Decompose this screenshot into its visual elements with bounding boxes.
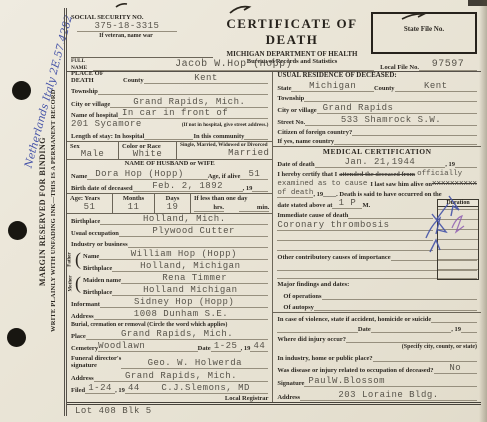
physician-address-row: Address 203 Loraine Bldg. — [273, 388, 481, 402]
related-value: No — [434, 364, 477, 374]
title-block: CERTIFICATE OF DEATH MICHIGAN DEPARTMENT… — [213, 8, 371, 58]
director-label-wrap: Funeral director's signature — [71, 355, 121, 369]
residence-township-row: Township — [273, 93, 481, 103]
certificate-form: SOCIAL SECURITY NO. 375-18-3315 If veter… — [64, 8, 481, 416]
full-name-row: FULL NAME Jacob W.Hop (Hopp) Local File … — [67, 58, 481, 72]
hospital-label: Name of hospital — [71, 112, 118, 119]
date-of-death-value: Jan. 21,1944 — [315, 158, 446, 168]
injury-place-row: In industry, home or public place? — [273, 352, 481, 363]
findings-label: Major findings and dates: — [277, 281, 349, 288]
certify-line-2: examined as to cause I last saw him aliv… — [273, 179, 481, 189]
scan-edge-shadow — [479, 0, 487, 422]
country-row: If yes, name country — [273, 137, 481, 147]
filed-yr-label: , 19 — [115, 387, 125, 394]
injury-label: Where did injury occur? — [277, 336, 346, 343]
stay-label: Length of stay: In hospital — [71, 133, 144, 140]
registrar-signature: C.J.Slemons, MD — [143, 384, 269, 394]
filed-row: Filed 1-24 , 19 44 C.J.Slemons, MD — [67, 383, 272, 395]
informant-value: Sidney Hop (Hopp) — [100, 298, 269, 308]
informant-row: Informant Sidney Hop (Hopp) — [67, 297, 272, 309]
father-name-row: Name William Hop (Hopp) — [81, 249, 272, 261]
filed-date: 1-24 — [85, 384, 115, 394]
certify-typed-3: xxxxxxxxxx — [432, 181, 477, 189]
mother-block: Mother ( Maiden name Rena Timmer Birthpl… — [67, 273, 272, 297]
less-day-label: If less than one day — [194, 195, 269, 202]
blank-line — [431, 322, 477, 323]
county-row: PLACE OF DEATH County Kent — [67, 72, 272, 85]
date-of-death-suffix: , 19 — [445, 161, 455, 168]
burial-place-value: Grand Rapids, Mich. — [86, 330, 269, 340]
hospital-value-1: In car in front of — [118, 109, 268, 119]
residence-street-value: 533 Shamrock S.W. — [305, 116, 477, 126]
certify-typed-2: examined as to cause — [277, 181, 367, 189]
occupation-label: Usual occupation — [71, 230, 119, 237]
cemetery-value: Woodlawn — [98, 342, 198, 352]
father-name-label: Name — [83, 253, 99, 260]
days-value: 19 — [158, 203, 187, 212]
father-name-value: William Hop (Hopp) — [99, 250, 268, 260]
industry-row: Industry or business — [67, 238, 272, 249]
township-row: Township — [67, 85, 272, 96]
signature-row: Signature PaulW.Blossom — [273, 375, 481, 388]
violence-row: In case of violence, state if accident, … — [273, 313, 481, 324]
certificate-title: CERTIFICATE OF DEATH — [213, 16, 371, 48]
spouse-heading-row: NAME OF HUSBAND or WIFE — [67, 160, 272, 168]
injury-row: Where did injury occur? — [273, 334, 481, 344]
blank-line — [322, 299, 478, 300]
funeral-address-label: Address — [71, 375, 94, 382]
informant-label: Informant — [71, 301, 100, 308]
cause-label: Immediate cause of death — [277, 212, 348, 219]
operations-row: Of operations — [273, 289, 481, 301]
right-column: USUAL RESIDENCE OF DECEASED: State Michi… — [272, 72, 481, 402]
age-days-cell: Days 19 — [155, 194, 191, 213]
blank-line — [128, 247, 269, 248]
death-certificate-scan: Netherlands Italy 2E.57.4282 MARGIN RESE… — [0, 0, 487, 422]
residence-state-label: State — [277, 85, 291, 92]
certify-text-4: date stated above at — [277, 202, 332, 209]
father-side-label: Father — [68, 252, 73, 266]
months-value: 11 — [116, 203, 151, 212]
injury-note: (Specify city, county, or state) — [402, 344, 477, 351]
residence-state-value: Michigan — [291, 82, 373, 92]
county-label: County — [123, 77, 144, 84]
less-day-cell: If less than one day hrs. min. — [191, 194, 272, 213]
blank-line — [352, 135, 477, 136]
blank-line — [334, 144, 477, 145]
informant-address-label: Address — [71, 313, 94, 320]
physician-address-value: 203 Loraine Bldg. — [300, 391, 477, 401]
mother-name-value: Rena Timmer — [121, 274, 268, 284]
local-file-value: 97597 — [419, 60, 477, 71]
spouse-row: Name Dora Hop (Hopp) Age, if alive 51 — [67, 168, 272, 181]
director-label-1: Funeral director's — [71, 355, 121, 362]
violence-date-label: Date — [358, 326, 371, 333]
mother-birthplace-row: Birthplace Holland Michigan — [81, 285, 272, 297]
residence-township-label: Township — [277, 95, 304, 102]
father-block: Father ( Name William Hop (Hopp) Birthpl… — [67, 249, 272, 273]
father-birthplace-label: Birthplace — [83, 265, 112, 272]
birthdate-suffix: , 19 — [243, 185, 253, 192]
injury-place-label: In industry, home or public place? — [277, 355, 372, 362]
registrar-label: Local Registrar — [225, 395, 269, 402]
county-value: Kent — [144, 74, 269, 84]
margin-ink-text: WRITE PLAINLY WITH UNFADING INK—THIS IS … — [50, 0, 57, 422]
other-causes-label: Other contributory causes of importance — [277, 254, 390, 261]
residence-heading-row: USUAL RESIDENCE OF DECEASED: — [273, 72, 481, 81]
time-of-death-value: 1 P — [332, 199, 362, 209]
age-years-value: 51 — [70, 203, 109, 212]
birthplace-row: Birthplace Holland, Mich. — [67, 214, 272, 226]
race-cell: Color or Race White — [119, 142, 177, 159]
burial-place-row: Place Grand Rapids, Mich. — [67, 330, 272, 341]
violence-label: In case of violence, state if accident, … — [277, 316, 431, 323]
occupation-row: Usual occupation Plywood Cutter — [67, 226, 272, 238]
punch-hole-icon — [7, 328, 26, 347]
residence-county-label: County — [374, 85, 395, 92]
operations-label: Of operations — [283, 293, 321, 300]
director-label-2: signature — [71, 362, 121, 369]
residence-city-row: City or village Grand Rapids — [273, 103, 481, 115]
country-label: If yes, name country — [277, 138, 334, 145]
blank-line — [461, 332, 477, 333]
residence-street-label: Street No. — [277, 119, 305, 126]
township-label: Township — [71, 88, 98, 95]
father-birthplace-row: Birthplace Holland, Michigan — [81, 261, 272, 273]
age-alive-value: 51 — [240, 170, 268, 180]
medical-heading: MEDICAL CERTIFICATION — [323, 148, 432, 156]
occupation-value: Plywood Cutter — [119, 227, 269, 237]
birthdate-label: Birth date of deceased — [71, 185, 133, 192]
residence-city-value: Grand Rapids — [317, 104, 477, 114]
city-value: Grand Rapids, Mich. — [110, 98, 268, 108]
violence-date-row: Date , 19 — [273, 324, 481, 334]
signature-value: PaulW.Blossom — [304, 377, 477, 387]
blank-line — [252, 191, 268, 192]
marital-cell: Single, Married, Widowed or Divorced Mar… — [177, 142, 272, 159]
director-value: Geo. W. Holwerda — [121, 359, 268, 369]
sex-value: Male — [70, 150, 115, 159]
stay-row: Length of stay: In hospital In this comm… — [67, 130, 272, 141]
ssn-value: 375-18-3315 — [77, 22, 177, 32]
filed-label: Filed — [71, 387, 85, 394]
age-years-cell: Age: Years 51 — [67, 194, 113, 213]
industry-label: Industry or business — [71, 241, 128, 248]
blank-line — [244, 139, 268, 140]
blank-line — [373, 361, 477, 362]
marital-value: Married — [180, 149, 269, 158]
form-footer: Lot 408 Blk 5 — [67, 402, 481, 416]
father-brace: ( — [75, 249, 81, 270]
blank-line — [277, 240, 433, 241]
date-of-death-row: Date of death Jan. 21,1944 , 19 — [273, 157, 481, 169]
certify-struck-1: attended the deceased from — [339, 171, 415, 178]
blank-line — [348, 218, 433, 219]
burial-date-value: 1-25 — [211, 342, 241, 352]
autopsy-label: Of autopsy — [283, 304, 314, 311]
cemetery-row: Cemetery Woodlawn Date 1-25 , 19 44 — [67, 341, 272, 353]
burial-yr-value: 44 — [250, 342, 268, 352]
state-file-label: State File No. — [404, 25, 444, 33]
birthplace-value: Holland, Mich. — [100, 215, 268, 225]
duration-box: Duration — [437, 199, 479, 280]
ssn-block: SOCIAL SECURITY NO. 375-18-3315 If veter… — [71, 8, 213, 58]
community-label: In this community — [193, 133, 244, 140]
findings-row: Major findings and dates: — [273, 280, 481, 289]
funeral-address-value: Grand Rapids, Mich. — [94, 372, 269, 382]
funeral-address-row: Address Grand Rapids, Mich. — [67, 370, 272, 383]
residence-street-row: Street No. 533 Shamrock S.W. — [273, 115, 481, 127]
hrs-min-line: hrs. min. — [194, 204, 269, 212]
filed-yr: 44 — [125, 384, 143, 394]
left-column: PLACE OF DEATH County Kent Township City… — [67, 72, 272, 402]
blank-line — [346, 342, 477, 343]
department-line: MICHIGAN DEPARTMENT OF HEALTH — [213, 50, 371, 58]
min-label: min. — [239, 204, 269, 212]
blank-line — [277, 332, 357, 333]
related-row: Was disease or injury related to occupat… — [273, 363, 481, 375]
mother-brace: ( — [75, 273, 81, 294]
medical-heading-row: MEDICAL CERTIFICATION — [273, 147, 481, 157]
physician-address-label: Address — [277, 394, 300, 401]
related-label: Was disease or injury related to occupat… — [277, 367, 433, 374]
mother-name-row: Maiden name Rena Timmer — [81, 273, 272, 285]
age-alive-label: Age, if alive — [208, 173, 241, 180]
hospital-value-2: 201 Sycamore — [71, 120, 142, 129]
certify-text-2: I last saw him alive on — [370, 181, 432, 188]
blank-line — [277, 250, 433, 251]
burial-date-label: Date — [198, 345, 211, 352]
pod-heading: PLACE OF DEATH — [71, 70, 123, 84]
burial-heading: Burial, cremation or removal (Circle the… — [71, 322, 227, 329]
spouse-name-label: Name — [71, 173, 87, 180]
lot-note: Lot 408 Blk 5 — [75, 407, 152, 416]
spouse-heading: NAME OF HUSBAND or WIFE — [125, 160, 215, 167]
registrar-label-row: Local Registrar — [67, 395, 272, 403]
veteran-label: If veteran, name war — [71, 33, 181, 40]
burial-yr-label: , 19 — [241, 345, 251, 352]
signature-label: Signature — [277, 380, 304, 387]
mother-birthplace-label: Birthplace — [83, 289, 112, 296]
father-birthplace-value: Holland, Michigan — [112, 262, 268, 272]
violence-date-yr: , 19 — [451, 326, 461, 333]
blank-line — [455, 167, 477, 168]
certify-m-label: M. — [362, 202, 370, 209]
mother-birthplace-value: Holland Michigan — [112, 286, 268, 296]
injury-note-row: (Specify city, county, or state) — [273, 344, 481, 352]
residence-county-value: Kent — [395, 82, 477, 92]
residence-state-row: State Michigan County Kent — [273, 81, 481, 93]
spouse-block: NAME OF HUSBAND or WIFE Name Dora Hop (H… — [67, 160, 272, 181]
punch-hole-icon — [12, 81, 31, 100]
residence-city-label: City or village — [277, 107, 316, 114]
sex-cell: Sex Male — [67, 142, 119, 159]
duration-label: Duration — [438, 200, 478, 207]
blank-line — [144, 139, 193, 140]
form-header: SOCIAL SECURITY NO. 375-18-3315 If veter… — [67, 8, 481, 58]
director-row: Funeral director's signature Geo. W. Hol… — [67, 353, 272, 370]
informant-address-value: 1008 Dunham S.E. — [94, 310, 269, 320]
full-name-value: Jacob W.Hop (Hopp) — [93, 60, 374, 71]
blank-line — [98, 94, 269, 95]
race-value: White — [122, 150, 173, 159]
residence-heading: USUAL RESIDENCE OF DECEASED: — [277, 72, 396, 80]
blank-line — [371, 332, 451, 333]
blank-line — [314, 310, 477, 311]
cemetery-label: Cemetery — [71, 345, 98, 352]
citizen-label: Citizen of foreign country? — [277, 129, 352, 136]
certify-line-3: of death , 19____. Death is said to have… — [273, 189, 481, 199]
local-file-label: Local File No. — [380, 64, 419, 71]
certify-line-1: I hereby certify that I attended the dec… — [273, 169, 481, 179]
cause-value: Coronary thrombosis — [277, 221, 433, 231]
age-table: Age: Years 51 Months 11 Days 19 If less … — [67, 193, 272, 214]
hospital-row-2: 201 Sycamore (If not in hospital, give s… — [67, 120, 272, 130]
hrs-label: hrs. — [194, 204, 224, 212]
city-label: City or village — [71, 101, 110, 108]
date-of-death-label: Date of death — [277, 161, 314, 168]
state-file-box: State File No. — [371, 12, 477, 54]
certify-text-3: , 19____. Death is said to have occurred… — [313, 191, 441, 198]
ssn-label: SOCIAL SECURITY NO. — [71, 14, 213, 21]
certify-typed-1: officially — [417, 171, 462, 179]
age-months-cell: Months 11 — [113, 194, 155, 213]
hospital-rows: Name of hospital In car in front of 201 … — [67, 109, 272, 130]
burial-place-label: Place — [71, 333, 86, 340]
certify-text-1: I hereby certify that I — [277, 171, 337, 178]
hospital-note: (If not in hospital, give street address… — [142, 123, 269, 129]
informant-address-row: Address 1008 Dunham S.E. — [67, 309, 272, 321]
margin-binding-text: MARGIN RESERVED FOR BINDING — [38, 0, 47, 422]
blank-line — [304, 101, 477, 102]
birthdate-row: Birth date of deceased Feb. 2, 1892 , 19 — [67, 181, 272, 193]
birthplace-label: Birthplace — [71, 218, 100, 225]
citizen-row: Citizen of foreign country? — [273, 127, 481, 137]
certify-typed-4: of death — [277, 190, 313, 199]
punch-hole-icon — [8, 221, 27, 240]
form-columns: PLACE OF DEATH County Kent Township City… — [67, 72, 481, 402]
mother-name-label: Maiden name — [83, 277, 121, 284]
autopsy-row: Of autopsy — [273, 301, 481, 313]
spouse-name: Dora Hop (Hopp) — [87, 170, 207, 180]
sex-race-marital-row: Sex Male Color or Race White Single, Mar… — [67, 141, 272, 160]
birthdate-value: Feb. 2, 1892 — [133, 182, 243, 192]
mother-side-label: Mother — [69, 275, 74, 291]
